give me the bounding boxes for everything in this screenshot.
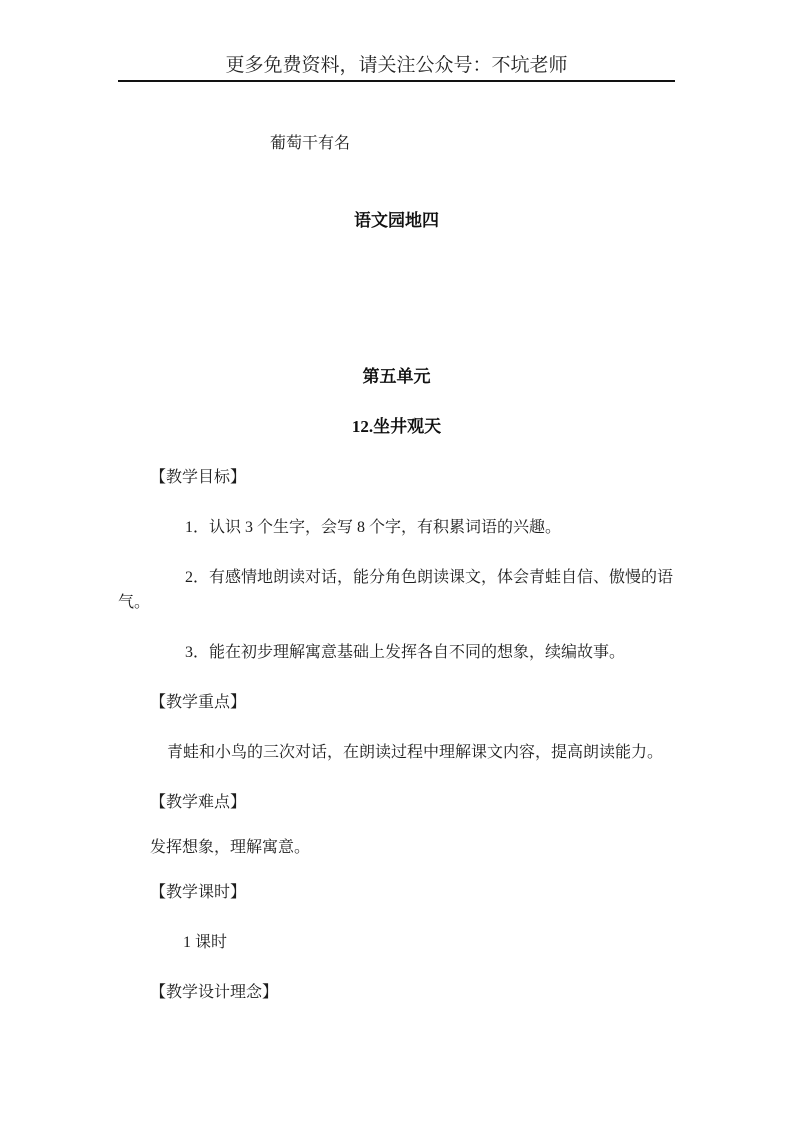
title-unit-five: 第五单元 — [118, 364, 675, 389]
key-points-text: 青蛙和小鸟的三次对话，在朗读过程中理解课文内容，提高朗读能力。 — [118, 740, 724, 765]
section-heading-teaching-goals: 【教学目标】 — [118, 465, 707, 490]
goal-item-1: 1．认识 3 个生字，会写 8 个字，有积累词语的兴趣。 — [118, 515, 742, 540]
section-heading-teaching-periods: 【教学课时】 — [118, 880, 707, 905]
difficulties-text: 发挥想象，理解寓意。 — [118, 835, 707, 860]
title-garden-unit-four: 语文园地四 — [118, 208, 675, 233]
paragraph-raisin-line: 葡萄干有名 — [118, 131, 793, 156]
section-heading-teaching-key-points: 【教学重点】 — [118, 690, 707, 715]
periods-text: 1 课时 — [118, 930, 740, 955]
page-header-text: 更多免费资料，请关注公众号：不坑老师 — [118, 55, 675, 82]
section-heading-design-concept: 【教学设计理念】 — [118, 980, 707, 1005]
goal-item-3: 3．能在初步理解寓意基础上发挥各自不同的想象，续编故事。 — [118, 640, 742, 665]
title-lesson-12: 12.坐井观天 — [118, 414, 675, 439]
section-heading-teaching-difficulties: 【教学难点】 — [118, 790, 707, 815]
document-page: 更多免费资料，请关注公众号：不坑老师 葡萄干有名 语文园地四 第五单元 12.坐… — [0, 0, 793, 1122]
goal-item-2: 2．有感情地朗读对话，能分角色朗读课文，体会青蛙自信、傲慢的语气。 — [118, 565, 675, 615]
